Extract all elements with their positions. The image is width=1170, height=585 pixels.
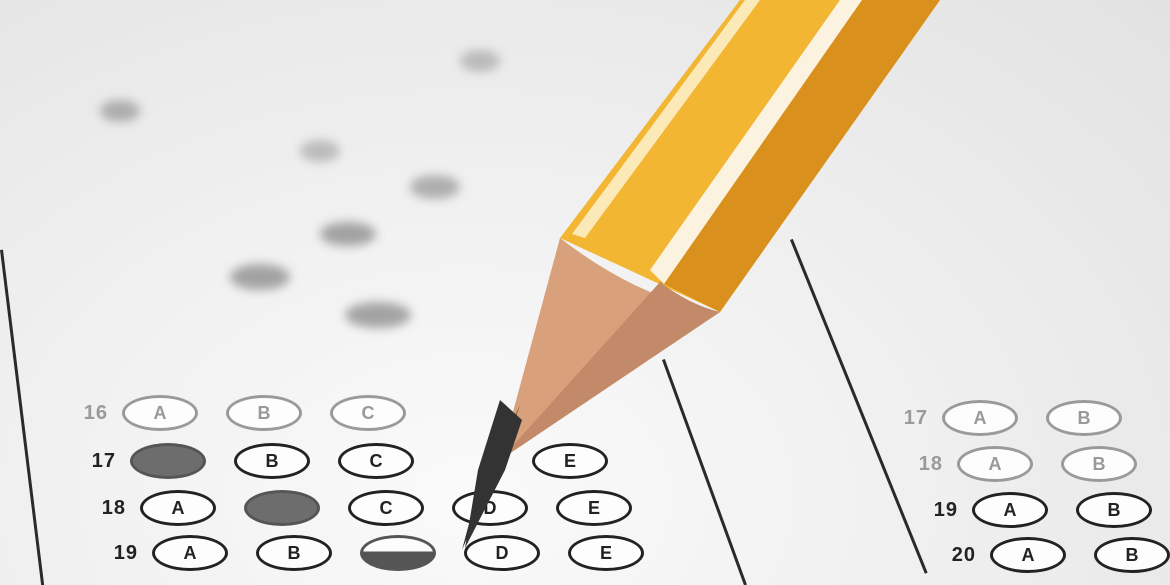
bubble-b: B (1076, 492, 1152, 528)
bubble-b: B (256, 535, 332, 571)
right-answer-row-17: 17 A B (880, 400, 1150, 436)
bubble-a: A (152, 535, 228, 571)
bubble-a: A (140, 490, 216, 526)
question-number: 17 (68, 450, 116, 473)
column-divider-middle (662, 359, 747, 585)
bubble-a: A (122, 395, 198, 431)
photo-scene: 16 A B C 17 A B C E 18 A B C D E 19 A B … (0, 0, 1170, 585)
bubble-d: D (452, 490, 528, 526)
right-answer-row-20: 20 A B (928, 537, 1170, 573)
bubble-b: B (234, 443, 310, 479)
bubble-b: B (226, 395, 302, 431)
bubble-e: E (556, 490, 632, 526)
bubble-b-filled: B (244, 490, 320, 526)
bubble-a: A (942, 400, 1018, 436)
question-number: 16 (60, 402, 108, 425)
bubble-a: A (957, 446, 1033, 482)
answer-row-16: 16 A B C (60, 395, 434, 431)
answer-row-18: 18 A B C D E (78, 490, 660, 526)
question-number: 18 (895, 453, 943, 476)
right-answer-row-18: 18 A B (895, 446, 1165, 482)
bubble-b: B (1046, 400, 1122, 436)
right-answer-row-19: 19 A B (910, 492, 1170, 528)
bubble-c: C (348, 490, 424, 526)
bubble-a: A (972, 492, 1048, 528)
bubble-c: C (338, 443, 414, 479)
bubble-c-being-filled: C (360, 535, 436, 571)
bubble-a: A (990, 537, 1066, 573)
answer-row-17: 17 A B C E (68, 443, 636, 479)
blurred-background-rows (0, 0, 1170, 330)
bubble-a-filled: A (130, 443, 206, 479)
bubble-e: E (568, 535, 644, 571)
question-number: 19 (910, 499, 958, 522)
answer-row-19: 19 A B C D E (90, 535, 672, 571)
bubble-b: B (1061, 446, 1137, 482)
bubble-e: E (532, 443, 608, 479)
question-number: 20 (928, 544, 976, 567)
bubble-b: B (1094, 537, 1170, 573)
question-number: 17 (880, 407, 928, 430)
bubble-c: C (330, 395, 406, 431)
question-number: 19 (90, 542, 138, 565)
question-number: 18 (78, 497, 126, 520)
bubble-d: D (464, 535, 540, 571)
